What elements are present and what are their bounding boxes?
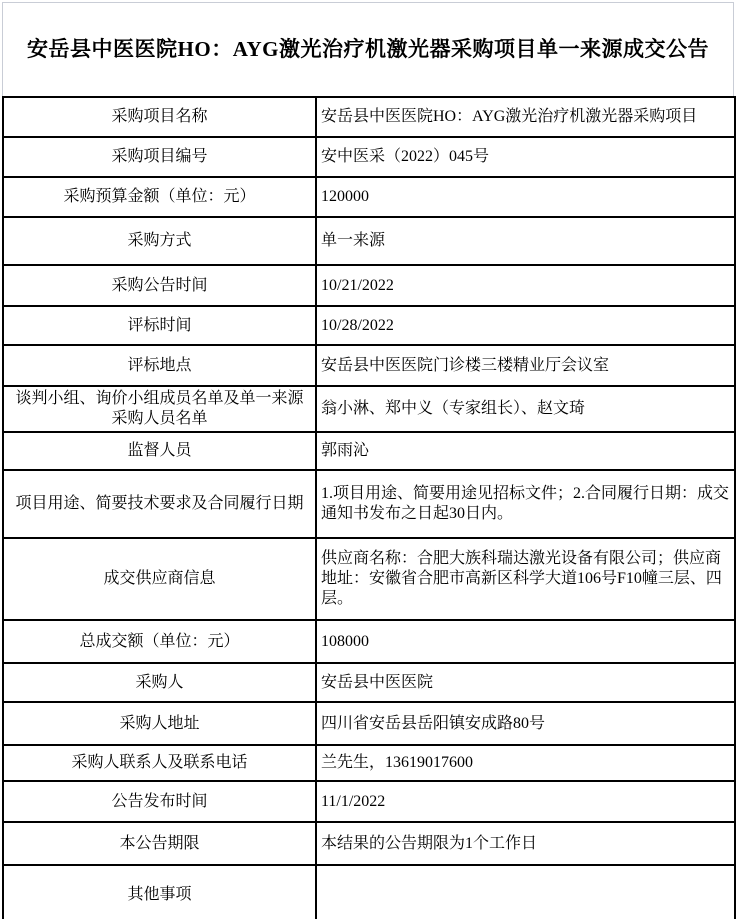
row-value: 10/28/2022 [316,306,735,345]
row-label: 谈判小组、询价小组成员名单及单一来源采购人员名单 [3,386,316,432]
row-label: 采购人地址 [3,702,316,745]
table-row: 其他事项 [3,865,735,919]
row-value: 1.项目用途、简要用途见招标文件；2.合同履行日期：成交通知书发布之日起30日内… [316,470,735,538]
row-label: 成交供应商信息 [3,538,316,620]
row-value: 120000 [316,177,735,217]
table-row: 项目用途、简要技术要求及合同履行日期 1.项目用途、简要用途见招标文件；2.合同… [3,470,735,538]
row-value: 10/21/2022 [316,265,735,306]
row-label: 采购项目编号 [3,137,316,177]
row-label: 采购方式 [3,217,316,265]
announcement-table: 采购项目名称 安岳县中医医院HO：AYG激光治疗机激光器采购项目 采购项目编号 … [2,96,736,919]
row-value: 单一来源 [316,217,735,265]
table-row: 采购项目编号 安中医采（2022）045号 [3,137,735,177]
row-label: 总成交额（单位：元） [3,620,316,663]
table-row: 监督人员 郭雨沁 [3,432,735,470]
row-value: 郭雨沁 [316,432,735,470]
table-row: 采购人联系人及联系电话 兰先生，13619017600 [3,745,735,781]
table-row: 采购预算金额（单位：元） 120000 [3,177,735,217]
row-value: 本结果的公告期限为1个工作日 [316,822,735,865]
row-label: 采购公告时间 [3,265,316,306]
row-value: 安岳县中医医院HO：AYG激光治疗机激光器采购项目 [316,97,735,137]
table-row: 评标时间 10/28/2022 [3,306,735,345]
row-value [316,865,735,919]
row-label: 采购预算金额（单位：元） [3,177,316,217]
row-label: 评标时间 [3,306,316,345]
row-label: 项目用途、简要技术要求及合同履行日期 [3,470,316,538]
announcement-page: 安岳县中医医院HO：AYG激光治疗机激光器采购项目单一来源成交公告 采购项目名称… [0,0,736,919]
announcement-title-box: 安岳县中医医院HO：AYG激光治疗机激光器采购项目单一来源成交公告 [2,2,734,96]
row-label: 监督人员 [3,432,316,470]
table-row: 总成交额（单位：元） 108000 [3,620,735,663]
table-row: 采购公告时间 10/21/2022 [3,265,735,306]
table-row: 成交供应商信息 供应商名称：合肥大族科瑞达激光设备有限公司；供应商地址：安徽省合… [3,538,735,620]
table-row: 本公告期限 本结果的公告期限为1个工作日 [3,822,735,865]
table-row: 评标地点 安岳县中医医院门诊楼三楼精业厅会议室 [3,345,735,386]
table-row: 采购人 安岳县中医医院 [3,663,735,702]
row-value: 108000 [316,620,735,663]
table-row: 谈判小组、询价小组成员名单及单一来源采购人员名单 翁小淋、郑中义（专家组长）、赵… [3,386,735,432]
row-label: 采购项目名称 [3,97,316,137]
page-title: 安岳县中医医院HO：AYG激光治疗机激光器采购项目单一来源成交公告 [27,36,709,63]
row-value: 安中医采（2022）045号 [316,137,735,177]
row-value: 翁小淋、郑中义（专家组长）、赵文琦 [316,386,735,432]
table-row: 公告发布时间 11/1/2022 [3,781,735,822]
row-label: 本公告期限 [3,822,316,865]
table-row: 采购项目名称 安岳县中医医院HO：AYG激光治疗机激光器采购项目 [3,97,735,137]
row-label: 公告发布时间 [3,781,316,822]
row-value: 安岳县中医医院 [316,663,735,702]
row-value: 四川省安岳县岳阳镇安成路80号 [316,702,735,745]
row-label: 采购人 [3,663,316,702]
row-value: 11/1/2022 [316,781,735,822]
table-row: 采购人地址 四川省安岳县岳阳镇安成路80号 [3,702,735,745]
row-value: 供应商名称：合肥大族科瑞达激光设备有限公司；供应商地址：安徽省合肥市高新区科学大… [316,538,735,620]
row-value: 安岳县中医医院门诊楼三楼精业厅会议室 [316,345,735,386]
row-label: 评标地点 [3,345,316,386]
row-label: 其他事项 [3,865,316,919]
row-value: 兰先生，13619017600 [316,745,735,781]
table-row: 采购方式 单一来源 [3,217,735,265]
row-label: 采购人联系人及联系电话 [3,745,316,781]
